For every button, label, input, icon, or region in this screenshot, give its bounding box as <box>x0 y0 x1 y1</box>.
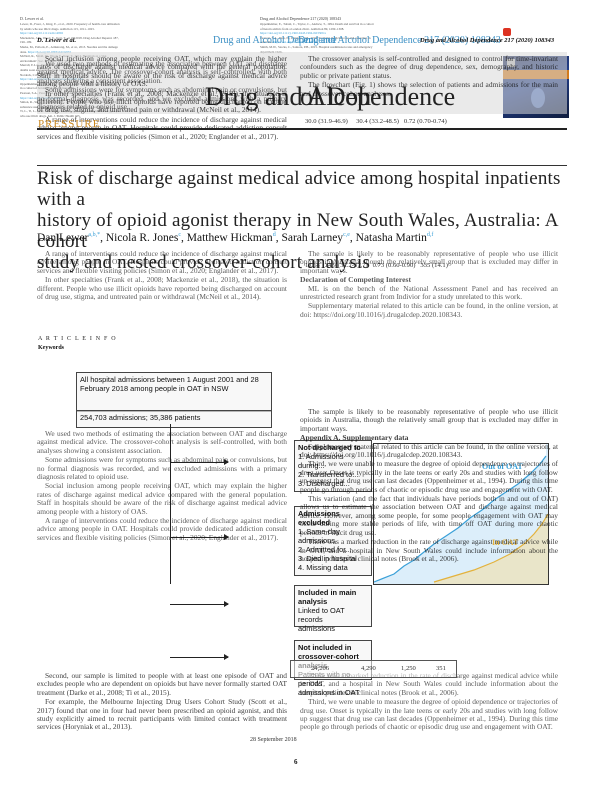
paragraph: In other specialties (Frank et al., 2008… <box>37 276 287 301</box>
footer-count: 351 <box>436 665 446 672</box>
author-affiliation: a,b,* <box>88 232 100 238</box>
title-line: history of opioid agonist therapy in New… <box>37 210 595 252</box>
paragraph: We used two methods of estimating the as… <box>37 60 287 85</box>
flowchart-box-counts: 254,703 admissions; 35,386 patients <box>76 410 272 428</box>
left-body-column: A range of interventions could reduce th… <box>37 250 287 302</box>
title-rule-thin <box>37 165 567 166</box>
right-text-column: The crossover analysis is self-controlle… <box>300 55 558 99</box>
left-bottom-column: Second, our sample is limited to people … <box>37 672 287 733</box>
title-line: Risk of discharge against medical advice… <box>37 168 595 210</box>
appendix-heading: Appendix A. Supplementary data <box>300 434 558 442</box>
author-name[interactable]: Sarah Larney <box>281 232 343 244</box>
paragraph: Supplementary material related to this a… <box>300 443 558 460</box>
author-name[interactable]: Natasha Martin <box>356 232 427 244</box>
running-header-center: Drug and Alcohol Dependence 217 (2020) 1… <box>260 16 341 21</box>
declaration-heading: Declaration of Competing Interest <box>300 276 558 284</box>
page-number: 6 <box>294 758 298 766</box>
flowchart-box-all-admissions: All hospital admissions between 1 August… <box>76 372 272 412</box>
paragraph: There was a marked reduction in the rate… <box>300 538 558 563</box>
paragraph: Supplementary material related to this a… <box>300 302 558 319</box>
footer-count: 1,250 <box>401 665 416 672</box>
flowchart-arrow <box>170 604 228 605</box>
author-affiliation: d <box>273 232 276 238</box>
paragraph: The flowchart (Fig. 1) shows the selecti… <box>300 81 558 98</box>
paragraph: Second, our sample is limited to people … <box>37 672 287 697</box>
paragraph: Some admissions were for symptoms such a… <box>37 86 287 111</box>
table-row: 30.0 (31.9-46.9) 30.4 (33.2-48.5) 0.72 (… <box>305 118 447 125</box>
author-list: Dan Lewera,b,*, Nicola R. Jonesc, Matthe… <box>37 232 595 244</box>
table-cell: 0.72 (0.70-0.74) <box>404 118 447 125</box>
right-bottom-column: There was a marked reduction in the rate… <box>300 672 558 733</box>
paragraph: We used two methods of estimating the as… <box>37 430 287 455</box>
paragraph: Social inclusion among people receiving … <box>37 482 287 516</box>
footer-count: 4,290 <box>361 665 376 672</box>
table-cell: 1,068 <box>305 262 320 269</box>
table-row: 1,068 34.9 (32.2-37.7) 0.73 (0.60-0.90) … <box>305 262 448 269</box>
right-lower-column: The sample is likely to be reasonably re… <box>300 408 558 564</box>
flowchart-box-line: 4. Missing data <box>298 563 368 572</box>
left-lower-column: We used two methods of estimating the as… <box>37 430 287 543</box>
running-header-left: D. Lewer et al. <box>20 16 44 21</box>
keywords-heading: Keywords <box>38 345 64 351</box>
author-name[interactable]: Nicola R. Jones <box>106 232 179 244</box>
table-cell: 30.0 (31.9-46.9) <box>305 118 348 125</box>
table-cell: 30.4 (33.2-48.5) <box>356 118 399 125</box>
flowchart-box-text: 254,703 admissions; 35,386 patients <box>80 413 268 422</box>
table-cell: 335 (14.1) <box>420 262 447 269</box>
footer-count: 24,206 <box>311 665 329 672</box>
author-name[interactable]: Matthew Hickman <box>187 232 273 244</box>
table-cell: 34.9 (32.2-37.7) <box>325 262 368 269</box>
paragraph: For example, the Melbourne Injecting Dru… <box>37 698 287 732</box>
paragraph: The crossover analysis is self-controlle… <box>300 55 558 80</box>
author-affiliation: c,e <box>343 232 350 238</box>
journal-citation-right: Drug and Alcohol Dependence 217 (2020) 1… <box>420 37 554 44</box>
flowchart-arrow <box>170 657 228 658</box>
paragraph: This variation (and the fact that indivi… <box>300 495 558 537</box>
date-text: 28 September 2018 <box>250 737 297 743</box>
article-info-heading: A R T I C L E I N F O <box>38 336 117 342</box>
flowchart-box-line: Linked to OAT records <box>298 606 368 624</box>
left-text-column-overlay: We used two methods of estimating the as… <box>37 60 287 112</box>
author-affiliation: c <box>178 232 181 238</box>
right-body-column: The sample is likely to be reasonably re… <box>300 250 558 320</box>
paragraph: A range of interventions could reduce th… <box>37 517 287 542</box>
paragraph: Third, we were unable to measure the deg… <box>300 698 558 732</box>
paragraph: A range of interventions could reduce th… <box>37 250 287 275</box>
author-affiliation: d,f <box>427 232 434 238</box>
author-name[interactable]: Dan Lewer <box>37 232 88 244</box>
flowchart-box-included: Included in main analysis Linked to OAT … <box>294 585 372 627</box>
flowchart-box-text: All hospital admissions between 1 August… <box>80 375 268 393</box>
flowchart-footer-box: 24,206 4,290 1,250 351 <box>290 660 457 678</box>
flowchart-box-line: admissions <box>298 624 368 633</box>
paragraph: The sample is likely to be reasonably re… <box>300 408 558 433</box>
paragraph: Some admissions were for symptoms such a… <box>37 456 287 481</box>
journal-name-link[interactable]: Drug and Alcohol Dependence <box>213 35 337 46</box>
paragraph: ML is on the bench of the National Asses… <box>300 285 558 302</box>
title-rule-top <box>37 128 567 130</box>
flowchart-box-title: Included in main analysis <box>298 588 356 606</box>
elsevier-logo-icon <box>503 28 511 36</box>
table-cell: 0.73 (0.60-0.90) <box>373 262 416 269</box>
paragraph: Third, we were unable to measure the deg… <box>300 460 558 494</box>
author-running-head: D. Lewer et al. <box>37 37 76 44</box>
